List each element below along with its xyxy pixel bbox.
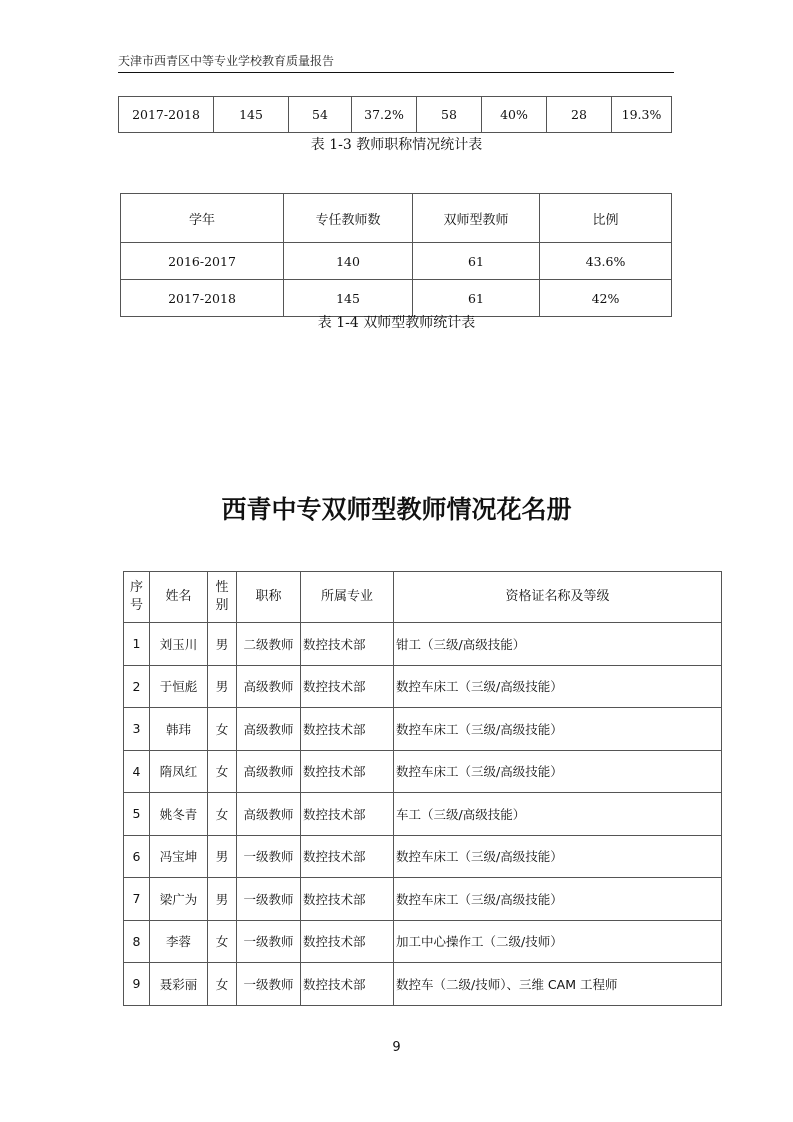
table-cell: 隋凤红 xyxy=(150,750,208,793)
column-header: 学年 xyxy=(121,194,284,243)
table-cell: 男 xyxy=(208,878,237,921)
table-cell: 2016-2017 xyxy=(121,243,284,280)
table-cell: 男 xyxy=(208,623,237,666)
table-cell: 冯宝坤 xyxy=(150,835,208,878)
column-header: 所属专业 xyxy=(301,572,394,623)
table-cell: 145 xyxy=(284,280,413,317)
table-cell: 数控车床工（三级/高级技能） xyxy=(394,878,722,921)
table-row: 7梁广为男一级教师数控技术部数控车床工（三级/高级技能） xyxy=(124,878,722,921)
roster-table: 序号 姓名 性别 职称 所属专业 资格证名称及等级 1刘玉川男二级教师数控技术部… xyxy=(123,571,722,1006)
table-cell: 高级教师 xyxy=(237,708,301,751)
table-header-row: 序号 姓名 性别 职称 所属专业 资格证名称及等级 xyxy=(124,572,722,623)
table-row: 6冯宝坤男一级教师数控技术部数控车床工（三级/高级技能） xyxy=(124,835,722,878)
table-row: 1刘玉川男二级教师数控技术部钳工（三级/高级技能） xyxy=(124,623,722,666)
table-1-4: 学年 专任教师数 双师型教师 比例 2016-2017 140 61 43.6%… xyxy=(120,193,672,317)
column-header: 性别 xyxy=(208,572,237,623)
table-cell: 数控技术部 xyxy=(301,665,394,708)
table-row: 2017-2018 145 54 37.2% 58 40% 28 19.3% xyxy=(119,97,672,133)
table-cell: 61 xyxy=(413,243,540,280)
table-cell: 54 xyxy=(289,97,352,133)
column-header-label: 性别 xyxy=(215,579,229,615)
table-cell: 李蓉 xyxy=(150,920,208,963)
table-cell: 韩玮 xyxy=(150,708,208,751)
table-cell: 女 xyxy=(208,708,237,751)
table-cell: 钳工（三级/高级技能） xyxy=(394,623,722,666)
table-cell: 聂彩丽 xyxy=(150,963,208,1006)
table-cell: 刘玉川 xyxy=(150,623,208,666)
table-cell: 数控技术部 xyxy=(301,623,394,666)
table-cell: 8 xyxy=(124,920,150,963)
table-cell: 加工中心操作工（二级/技师） xyxy=(394,920,722,963)
table-caption: 表 1-4 双师型教师统计表 xyxy=(0,312,793,332)
table-header-row: 学年 专任教师数 双师型教师 比例 xyxy=(121,194,672,243)
table-cell: 1 xyxy=(124,623,150,666)
table-cell: 男 xyxy=(208,835,237,878)
table-row: 2于恒彪男高级教师数控技术部数控车床工（三级/高级技能） xyxy=(124,665,722,708)
table-cell: 数控技术部 xyxy=(301,835,394,878)
table-cell: 40% xyxy=(482,97,547,133)
table-cell: 二级教师 xyxy=(237,623,301,666)
table-cell: 19.3% xyxy=(612,97,672,133)
roster-title: 西青中专双师型教师情况花名册 xyxy=(0,490,793,526)
table-cell: 数控车床工（三级/高级技能） xyxy=(394,835,722,878)
table-row: 4隋凤红女高级教师数控技术部数控车床工（三级/高级技能） xyxy=(124,750,722,793)
column-header: 比例 xyxy=(540,194,672,243)
table-cell: 145 xyxy=(214,97,289,133)
column-header: 序号 xyxy=(124,572,150,623)
table-cell: 6 xyxy=(124,835,150,878)
table-cell: 61 xyxy=(413,280,540,317)
table-cell: 37.2% xyxy=(352,97,417,133)
table-cell: 数控车（二级/技师）、三维 CAM 工程师 xyxy=(394,963,722,1006)
table-cell: 于恒彪 xyxy=(150,665,208,708)
table-cell: 女 xyxy=(208,793,237,836)
table-cell: 数控技术部 xyxy=(301,750,394,793)
table-cell: 高级教师 xyxy=(237,750,301,793)
table-cell: 男 xyxy=(208,665,237,708)
table-cell: 一级教师 xyxy=(237,878,301,921)
table-cell: 车工（三级/高级技能） xyxy=(394,793,722,836)
table-cell: 9 xyxy=(124,963,150,1006)
table-cell: 7 xyxy=(124,878,150,921)
table-cell: 140 xyxy=(284,243,413,280)
running-header: 天津市西青区中等专业学校教育质量报告 xyxy=(118,52,674,73)
table-1-3-continued: 2017-2018 145 54 37.2% 58 40% 28 19.3% xyxy=(118,96,672,133)
table-cell: 一级教师 xyxy=(237,920,301,963)
table-cell: 42% xyxy=(540,280,672,317)
table-row: 8李蓉女一级教师数控技术部加工中心操作工（二级/技师） xyxy=(124,920,722,963)
table-cell: 4 xyxy=(124,750,150,793)
table-cell: 梁广为 xyxy=(150,878,208,921)
table-cell: 一级教师 xyxy=(237,835,301,878)
table-cell: 2 xyxy=(124,665,150,708)
column-header: 资格证名称及等级 xyxy=(394,572,722,623)
table-cell: 数控技术部 xyxy=(301,793,394,836)
table-cell: 姚冬青 xyxy=(150,793,208,836)
column-header: 职称 xyxy=(237,572,301,623)
table-cell: 女 xyxy=(208,920,237,963)
table-cell: 数控技术部 xyxy=(301,920,394,963)
page-number: 9 xyxy=(0,1040,793,1055)
table-cell: 2017-2018 xyxy=(121,280,284,317)
table-cell: 58 xyxy=(417,97,482,133)
table-cell: 数控技术部 xyxy=(301,708,394,751)
table-cell: 2017-2018 xyxy=(119,97,214,133)
table-cell: 数控技术部 xyxy=(301,963,394,1006)
table-cell: 高级教师 xyxy=(237,665,301,708)
table-cell: 高级教师 xyxy=(237,793,301,836)
table-cell: 5 xyxy=(124,793,150,836)
column-header: 姓名 xyxy=(150,572,208,623)
table-caption: 表 1-3 教师职称情况统计表 xyxy=(0,134,793,154)
table-row: 9聂彩丽女一级教师数控技术部数控车（二级/技师）、三维 CAM 工程师 xyxy=(124,963,722,1006)
table-row: 5姚冬青女高级教师数控技术部车工（三级/高级技能） xyxy=(124,793,722,836)
column-header: 专任教师数 xyxy=(284,194,413,243)
table-cell: 数控车床工（三级/高级技能） xyxy=(394,665,722,708)
table-cell: 女 xyxy=(208,750,237,793)
column-header-label: 序号 xyxy=(130,579,144,615)
table-cell: 28 xyxy=(547,97,612,133)
table-cell: 数控车床工（三级/高级技能） xyxy=(394,750,722,793)
table-row: 2016-2017 140 61 43.6% xyxy=(121,243,672,280)
table-row: 3韩玮女高级教师数控技术部数控车床工（三级/高级技能） xyxy=(124,708,722,751)
table-cell: 一级教师 xyxy=(237,963,301,1006)
table-cell: 3 xyxy=(124,708,150,751)
table-cell: 数控车床工（三级/高级技能） xyxy=(394,708,722,751)
column-header: 双师型教师 xyxy=(413,194,540,243)
table-cell: 女 xyxy=(208,963,237,1006)
table-row: 2017-2018 145 61 42% xyxy=(121,280,672,317)
table-cell: 43.6% xyxy=(540,243,672,280)
table-cell: 数控技术部 xyxy=(301,878,394,921)
